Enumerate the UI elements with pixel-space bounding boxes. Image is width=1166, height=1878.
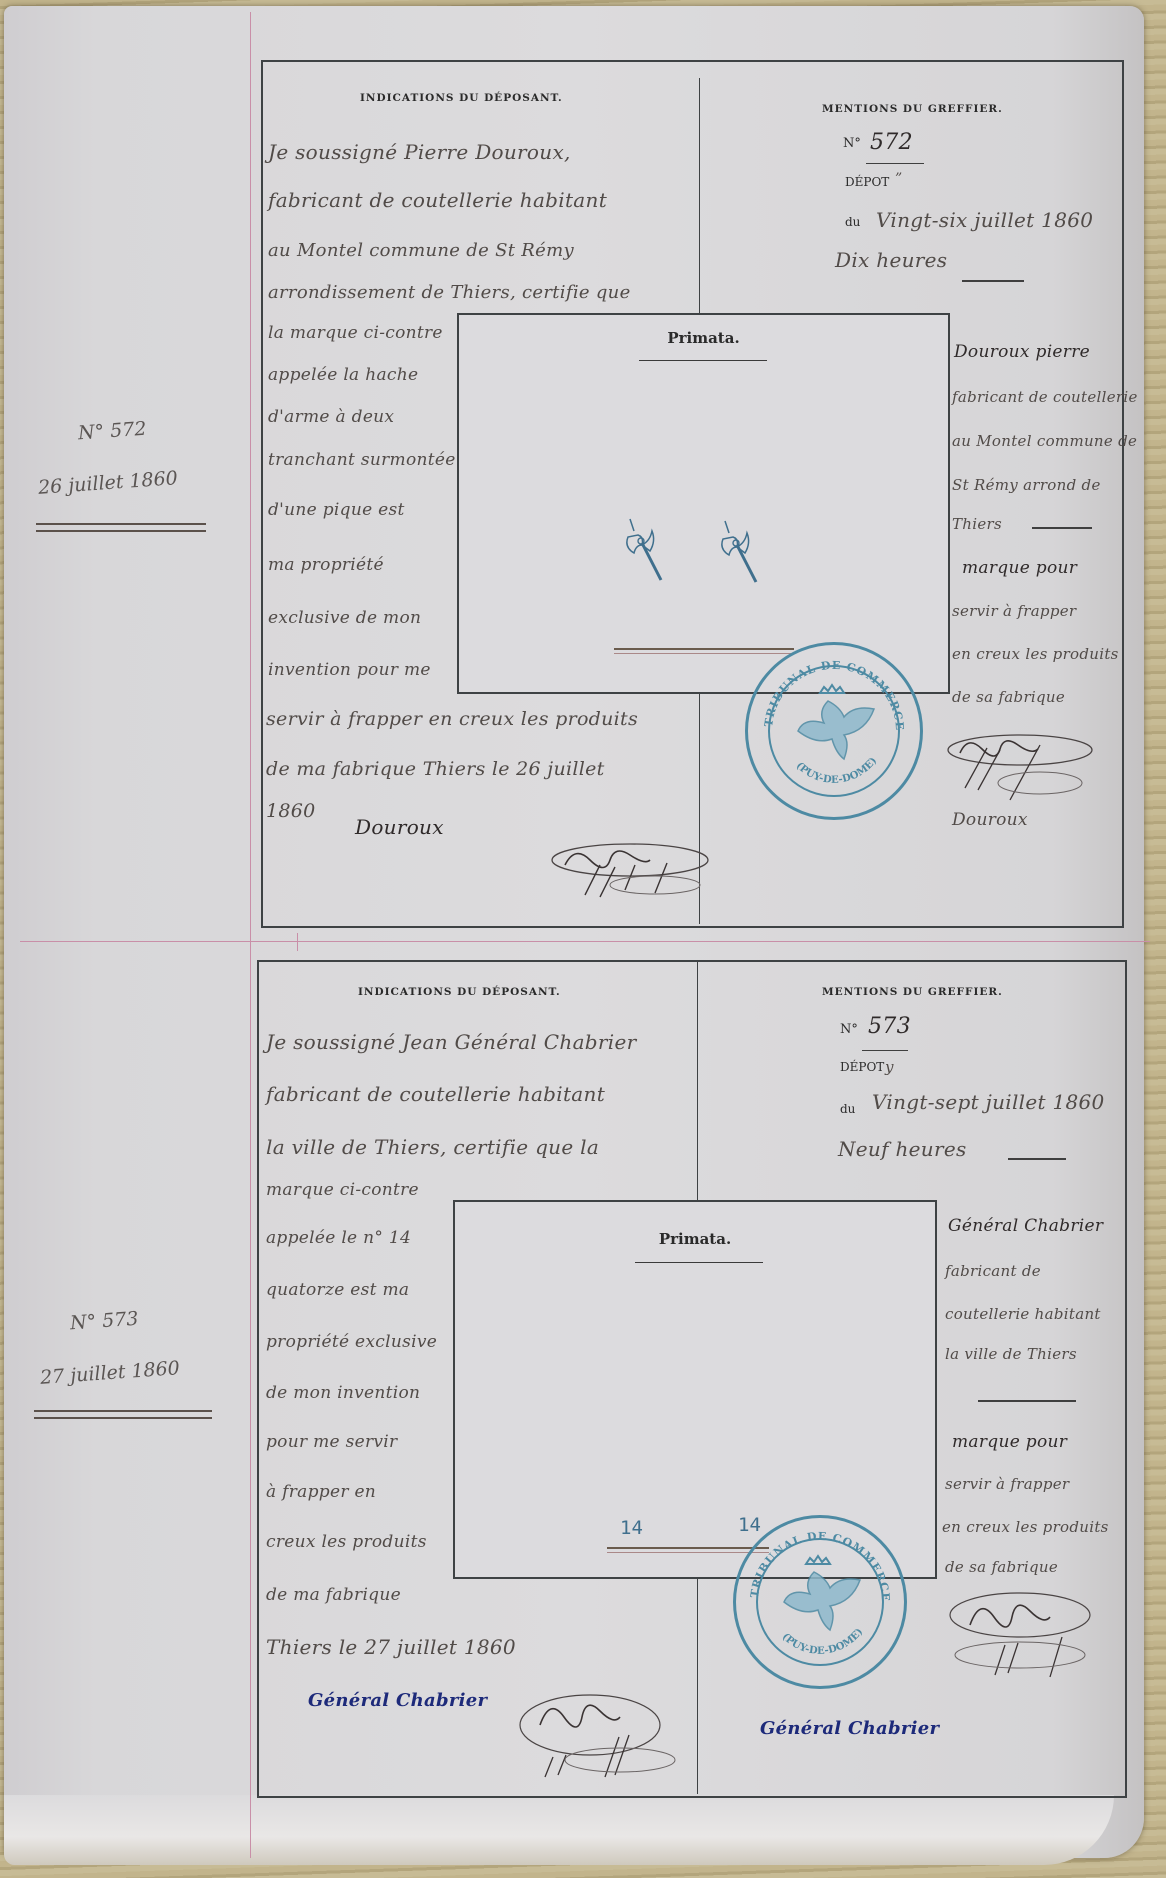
statement-line: propriété exclusive (266, 1332, 437, 1352)
clerk-line: coutellerie habitant (945, 1305, 1101, 1323)
primata-title: Primata. (455, 1230, 935, 1248)
statement-line: Je soussigné Pierre Douroux, (268, 140, 571, 164)
depositor-header: INDICATIONS DU DÉPOSANT. (360, 92, 563, 104)
clerk-line: Douroux pierre (954, 342, 1090, 362)
clerk-greffier-signature (910, 1585, 1100, 1685)
statement-line: d'arme à deux (268, 407, 394, 427)
clerk-line: servir à frapper (952, 602, 1076, 620)
statement-line: à frapper en (266, 1482, 376, 1502)
halberd-icon (719, 517, 764, 587)
clerk-line: de sa fabrique (952, 688, 1065, 706)
statement-line: la ville de Thiers, certifie que la (266, 1135, 599, 1159)
statement-line: pour me servir (266, 1432, 397, 1452)
number-underline (862, 1050, 908, 1051)
page-curl (4, 1795, 1114, 1865)
statement-line: ma propriété (268, 555, 384, 575)
statement-line: d'une pique est (268, 500, 405, 520)
depositor-signature: Douroux (355, 815, 444, 839)
clerk-line: la ville de Thiers (945, 1345, 1077, 1363)
clerk-depositor-signature: Douroux (952, 810, 1028, 830)
statement-line: appelée la hache (268, 365, 418, 385)
number-underline (866, 163, 924, 164)
statement-line: creux les produits (266, 1532, 427, 1552)
mark-number: 14 (620, 1517, 643, 1539)
clerk-line: fabricant de coutellerie (952, 388, 1138, 406)
deposit-date: Vingt-six juillet 1860 (876, 208, 1093, 232)
primata-underline (635, 1262, 763, 1263)
margin-note-rule (36, 523, 206, 532)
clerk-line: au Montel commune de (952, 432, 1137, 450)
clerk-line: servir à frapper (945, 1475, 1069, 1493)
halberd-icon (624, 515, 669, 585)
clerk-line: en creux les produits (942, 1518, 1109, 1536)
depot-mark: y (885, 1058, 894, 1076)
statement-line: tranchant surmontée (268, 450, 456, 470)
clerk-line: en creux les produits (952, 645, 1119, 663)
number-label: N° (840, 1022, 858, 1037)
tribunal-stamp: TRIBUNAL DE COMMERCE DE THIERS (PUY-DE-D… (745, 642, 923, 820)
primata-title: Primata. (459, 329, 948, 347)
statement-line: arrondissement de Thiers, certifie que (268, 282, 631, 303)
margin-tick (297, 933, 298, 951)
deposit-hour: Dix heures (835, 248, 947, 272)
hour-rule (962, 280, 1024, 282)
clerk-greffier-signature (940, 728, 1110, 808)
eagle-emblem-icon: TRIBUNAL DE COMMERCE DE THIERS (PUY-DE-D… (736, 1518, 904, 1686)
statement-line: exclusive de mon (268, 608, 421, 628)
du-label: du (840, 1102, 855, 1116)
primata-box: Primata. (457, 313, 950, 694)
statement-line: quatorze est ma (266, 1280, 409, 1300)
primata-underline (639, 360, 767, 361)
number-value: 573 (868, 1014, 911, 1039)
margin-note-rule (34, 1410, 212, 1419)
depot-label: DÉPOT (840, 1060, 884, 1074)
margin-line-vertical (250, 12, 251, 1858)
clerk-line: fabricant de (945, 1262, 1041, 1280)
depot-mark: ” (895, 171, 902, 187)
clerk-rule (978, 1400, 1076, 1402)
clerk-line: marque pour (962, 558, 1077, 578)
statement-line: Thiers le 27 juillet 1860 (266, 1635, 516, 1659)
clerk-header: MENTIONS DU GREFFIER. (822, 103, 1003, 115)
svg-text:(PUY-DE-DOME): (PUY-DE-DOME) (780, 1627, 866, 1657)
statement-line: la marque ci-contre (268, 323, 443, 343)
clerk-header: MENTIONS DU GREFFIER. (822, 986, 1003, 998)
clerk-line: Général Chabrier (948, 1216, 1103, 1236)
clerk-line: marque pour (952, 1432, 1067, 1452)
greffier-signature-flourish (545, 835, 715, 905)
statement-line: au Montel commune de St Rémy (268, 240, 574, 261)
number-label: N° (843, 136, 861, 151)
margin-line-horizontal (20, 941, 1150, 942)
eagle-emblem-icon: TRIBUNAL DE COMMERCE DE THIERS (PUY-DE-D… (748, 645, 920, 817)
hour-rule (1008, 1158, 1066, 1160)
deposit-date: Vingt-sept juillet 1860 (872, 1090, 1105, 1114)
statement-line: servir à frapper en creux les produits (266, 708, 638, 730)
statement-line: appelée le n° 14 (266, 1228, 411, 1248)
greffier-signature-flourish (510, 1685, 690, 1785)
clerk-line: de sa fabrique (945, 1558, 1058, 1576)
statement-line: de mon invention (266, 1383, 420, 1403)
depot-label: DÉPOT (845, 175, 889, 189)
depositor-header: INDICATIONS DU DÉPOSANT. (358, 986, 561, 998)
deposit-hour: Neuf heures (838, 1137, 967, 1161)
statement-line: fabricant de coutellerie habitant (268, 188, 607, 212)
clerk-rule (1032, 527, 1092, 529)
du-label: du (845, 215, 860, 229)
clerk-line: St Rémy arrond de (952, 476, 1101, 494)
depositor-signature: Général Chabrier (308, 1690, 487, 1711)
clerk-depositor-signature: Général Chabrier (760, 1718, 939, 1739)
statement-line: invention pour me (268, 660, 431, 680)
svg-text:(PUY-DE-DOME): (PUY-DE-DOME) (794, 756, 880, 786)
tribunal-stamp: TRIBUNAL DE COMMERCE DE THIERS (PUY-DE-D… (733, 1515, 907, 1689)
statement-line: marque ci-contre (266, 1180, 419, 1200)
clerk-line: Thiers (952, 515, 1002, 533)
statement-line: de ma fabrique Thiers le 26 juillet (266, 758, 605, 780)
statement-line: de ma fabrique (266, 1585, 401, 1605)
statement-line: 1860 (266, 800, 316, 822)
statement-line: Je soussigné Jean Général Chabrier (266, 1030, 636, 1054)
number-value: 572 (870, 130, 913, 155)
statement-line: fabricant de coutellerie habitant (266, 1082, 605, 1106)
